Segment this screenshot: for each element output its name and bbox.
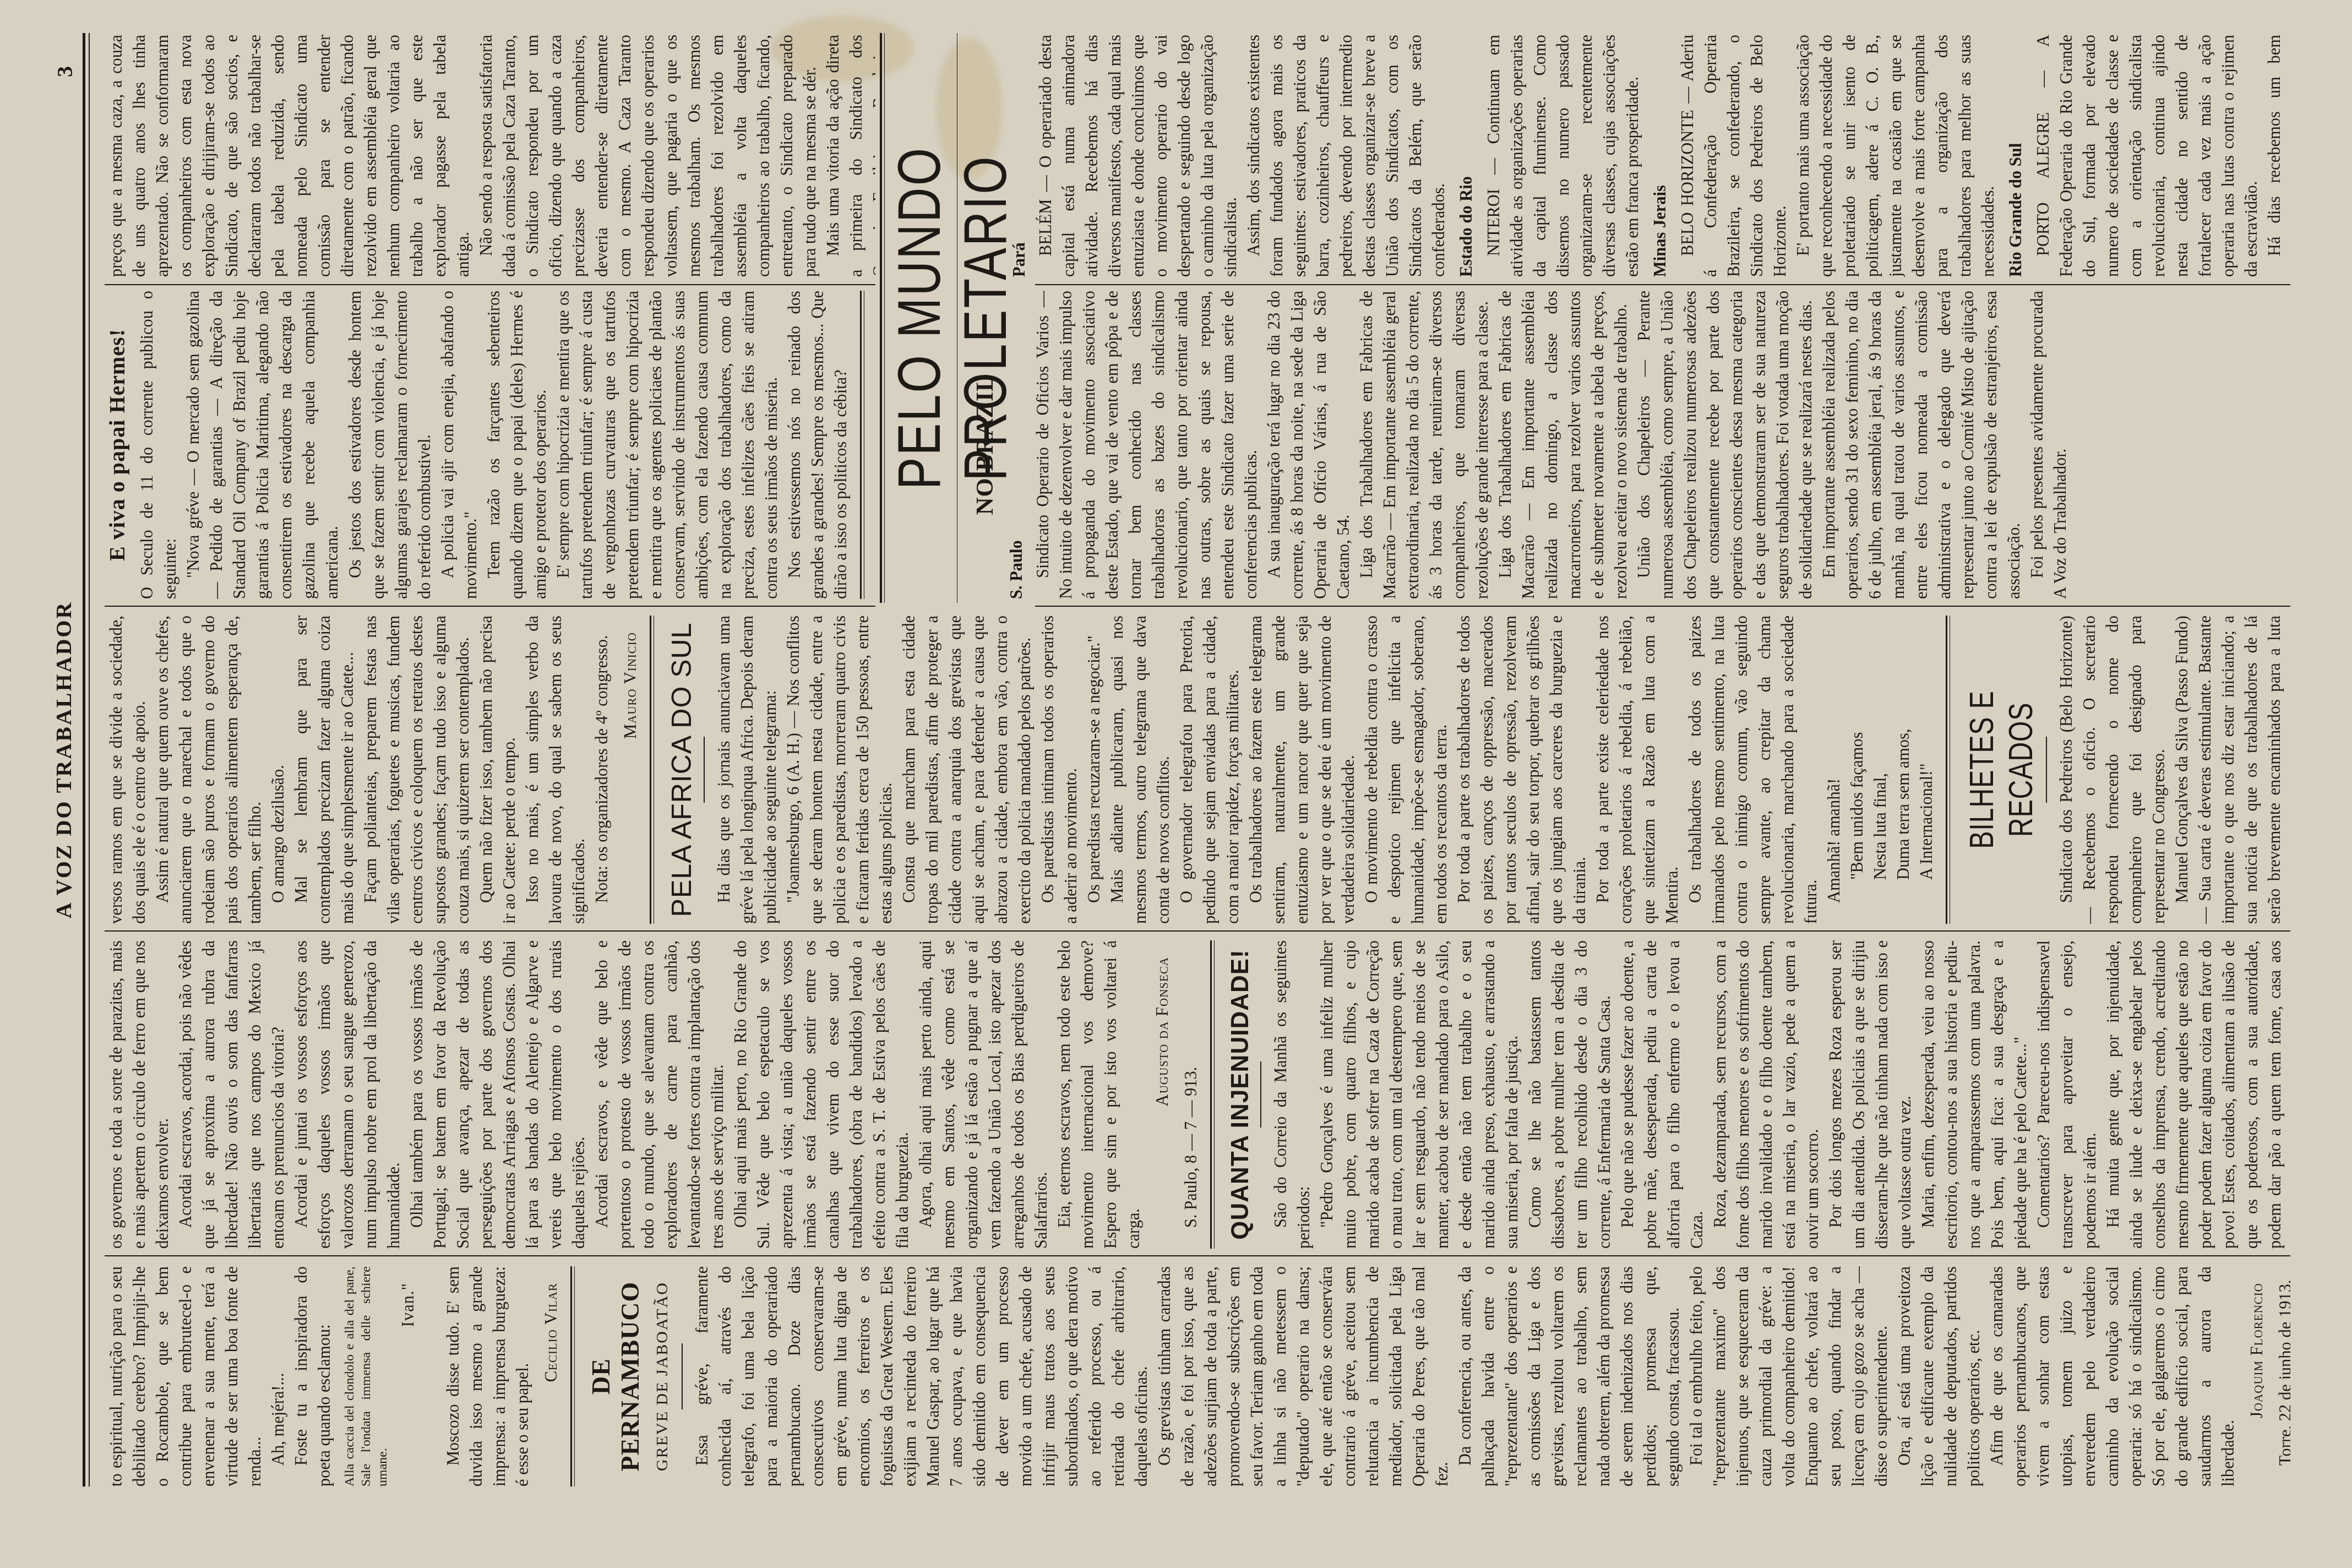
section-label-rio-grande-do-sul: Rio Grande do Sul [2004,35,2027,277]
dateline: Torre, 22 de junho de 1913. [2274,1266,2290,1487]
paragraph: Teem razão os farçantes sebenteiros quan… [482,291,552,599]
paragraph: Maria, enfim, dezesperada, veiu ao nosso… [1917,940,2032,1249]
paragraph: preços que a mesma caza, a couza de uns … [105,35,475,277]
masthead: A VOZ DO TRABALHADOR 3 [51,33,77,1487]
paragraph: Agora, olhai aqui mais perto ainda, aqui… [914,940,1053,1249]
paragraph: Mal se lembram que para ser contemplados… [290,616,359,924]
paragraph: Os trabalhadores de todos os paizes irma… [1684,616,1822,924]
paragraph: Liga dos Trabalhadores em Fabricas de Ma… [1355,291,1494,599]
column-1: to espiritual, nutrição para o seu debil… [105,1266,2290,1487]
divider [1260,1061,1261,1128]
paragraph: Comentarios? Pareceu-nos indispensavel t… [2032,940,2101,1249]
paragraph: Manuel Gonçalves da Silva (Passo Fundo) … [2170,616,2290,924]
paragraph: Eia, eternos escravos, nem todo este bel… [1053,940,1145,1249]
paragraph: BELÉM — O operariado desta capital está … [1034,35,1242,277]
section-label-minas-jerais: Minas Jerais [1648,35,1672,277]
paragraph: Pelo que não se pudesse fazer ao doente,… [1616,940,1708,1249]
divider [704,737,705,803]
paragraph: Não sendo a resposta satisfatoria dada á… [475,35,821,277]
paragraph: Moscozo disse tudo. E' sem duvida isso m… [442,1266,534,1487]
paragraph: Roza, dezamparada, sem recursos, com a f… [1708,940,1824,1249]
author-signature: Cecilio Vilar [540,1283,563,1487]
paragraph: Há muita gente que, por injenuidade, ain… [2101,940,2290,1249]
headline-de-pernambuco: DE PERNAMBUCO [587,1266,645,1487]
column-separator [105,930,2290,932]
paragraph: Há dias recebemos um bem elaborado manif… [2263,35,2290,277]
paragraph: Ora, aí está uma proveitoza lição e edif… [1893,1266,1985,1487]
paragraph: O amargo dezilusão. [266,616,290,924]
paragraph: "Pedro Gonçalves é uma infeliz mulher mu… [1315,940,1523,1249]
column-separator [105,606,875,607]
paragraph: São do Correio da Manhã os seguintes per… [1269,940,1315,1249]
banner-rule-bottom [957,33,957,603]
paragraph: Os paredistas intimam todos os operarios… [1036,616,1082,924]
paragraph: Os paredistas recuzaram-se a negociar." [1082,616,1106,924]
column-4-upper: E viva o papai Hermes! O Seculo de 11 do… [105,291,875,599]
paragraph: versos ramos em que se divide a sociedad… [105,616,151,924]
section-rule [860,291,864,599]
paragraph: NITEROI — Continuam em atividade as orga… [1482,35,1644,277]
verse-signature: Ivan." [396,1283,420,1487]
paragraph: O movimento de rebeldia contra o crasso … [1360,616,1452,924]
paragraph: Foi pelos presentes avidamente procurada… [2026,291,2072,599]
paragraph: Assim é natural que quem ouve os chefes,… [151,616,266,924]
column-2: os governos e toda a sorte de parazitas,… [105,940,2290,1249]
paragraph: Sindicato Operario de Oficios Varios — N… [1031,291,1262,599]
paragraph: O Seculo de 11 do corrente publicou o se… [135,291,182,599]
paragraph: "Joannesburgo, 6 (A. H.) — Nos conflitos… [782,616,897,924]
paragraph: Acordai escravos, acordai, pois não vêde… [174,940,290,1249]
paragraph: os governos e toda a sorte de parazitas,… [105,940,174,1249]
paragraph: Nota: os organizadores de 4º congresso. [590,616,613,924]
divider [2046,737,2047,803]
column-separator [105,1255,2290,1256]
paragraph: Foste tu a inspiradora do poeta quando e… [290,1266,336,1487]
paragraph: Nos estivessemos nós no reinado dos gran… [783,291,852,599]
verse-line: "Bem unidos façamos [1845,616,1869,880]
author-signature: Joaquim Florencio [2245,1283,2268,1487]
newspaper-page: A VOZ DO TRABALHADOR 3 to espiritual, nu… [0,0,2352,1568]
verse-block: "Bem unidos façamos Nesta luta final, Du… [1845,616,1938,924]
paragraph: Foi tal o embrulho feito, pelo "reprezen… [1685,1266,1893,1487]
paragraph: BELO HORIZONTE — Aderiu á Confederação O… [1676,35,1792,277]
author-signature: Augusto da Fonseca [1151,957,1174,1249]
paragraph: Liga dos Trabalhadores em Fabricas de Ma… [1494,291,1632,599]
banner-rule-top [880,33,885,603]
headline-pela-africa-do-sul: PELA AFRICA DO SUL [666,616,698,924]
section-label-estado-do-rio: Estado do Rio [1455,35,1478,277]
column-separator [1035,284,2290,285]
section-rule [650,616,654,924]
banner-pelo-mundo-proletario: PELO MUNDO PROLETARIO [886,90,952,546]
paragraph: União dos Chapeleiros — Perante numerosa… [1632,291,1817,599]
dateline: S. Paulo, 8 — 7 — 913. [1179,940,1202,1249]
paragraph: "Nova gréve — O mercado sem gazolina — P… [182,291,344,599]
paragraph: Acordai e juntai os vossos esforços aos … [290,940,405,1249]
paragraph: Essa gréve, faramente conhecida aí, atra… [690,1266,1153,1487]
paragraph: Por toda a parte existe celeriedade nos … [1591,616,1684,924]
paragraph: to espiritual, nutrição para o seu debil… [105,1266,266,1487]
verse-line: Nesta luta final, [1869,616,1892,880]
verse-quote: Alla caccia del clondolo e alla del pane… [341,1266,391,1487]
paragraph: Em importante assembléia realizada pelos… [1817,291,2026,599]
section-label-sao-paulo: S. Paulo [1005,291,1028,599]
paragraph: Façam polianteias, preparem festas nas v… [359,616,475,924]
paragraph: Afim de que os camaradas operarios perna… [1985,1266,2240,1487]
paragraph: Mais adiante publicaram, quasi nos mesmo… [1106,616,1175,924]
column-5-lower: Pará BELÉM — O operariado desta capital … [969,35,2290,277]
paragraph: Assim, dos sindicatos existentes foram f… [1242,35,1450,277]
paragraph: Sindicato dos Pedreiros (Belo Horizonte)… [2055,616,2170,924]
verse-line: Duma terra sem amos, [1892,616,1915,880]
paragraph: A policia vai ajir com enejia, abafando … [436,291,482,599]
page-number: 3 [52,66,78,77]
column-separator [105,284,875,285]
verse-line: A Internacional!" [1915,616,1938,880]
headline-e-viva-o-papai-hermes: E viva o papai Hermes! [105,291,130,599]
paragraph: Consta que marcham para esta cidade trop… [897,616,1036,924]
scanned-newspaper-frame: A VOZ DO TRABALHADOR 3 to espiritual, nu… [0,0,2352,1568]
paragraph: Da conferencia, ou antes, da palhaçada h… [1453,1266,1685,1487]
column-3: versos ramos em que se divide a sociedad… [105,616,2290,924]
paragraph: O governador telegrafou para Pretoria, p… [1175,616,1244,924]
paragraph: Amanhã! amanhã! [1822,616,1845,924]
paragraph: Ah, mejéra!... [266,1266,290,1487]
paragraph: E' portanto mais uma associação que reco… [1792,35,2000,277]
column-5-upper: preços que a mesma caza, a couza de uns … [105,35,875,277]
section-rule [1946,616,1950,924]
paragraph: PORTO ALEGRE — A Federação Operaria do R… [2032,35,2263,277]
paragraph: Acordai escravos, e vêde que belo e port… [590,940,729,1249]
author-signature: Mauro Vinicio [619,632,642,924]
paragraph: Quem não fizer isso, tambem não precisa … [475,616,521,924]
paragraph: Os trabalhadores ao fazem este telegrama… [1244,616,1360,924]
paragraph: Ha dias que os jornais anunciavam uma gr… [712,616,782,924]
paragraph: E' sempre com hipocrizia e mentira que o… [552,291,783,599]
paragraph: Os jestos dos estivadores desde hontem q… [344,291,436,599]
paragraph: A sua inauguração terá lugar no dia 23 d… [1262,291,1355,599]
paragraph: Olhai também para os vossos irmãos de Po… [405,940,590,1249]
paragraph: Por toda a parte os trabalhadores de tod… [1452,616,1591,924]
paragraph: Olhai aqui mais perto, no Rio Grande do … [729,940,914,1249]
headline-no-brazil: NO BRAZIL [971,291,999,599]
paragraph: Por dois longos mezes Roza esperou ser u… [1824,940,1917,1249]
paragraph: Isso no mais, é um simples verbo da lavo… [521,616,590,924]
divider [682,1343,683,1409]
paragraph: Os grevistas tinham carradas de razão, e… [1153,1266,1453,1487]
section-rule [570,1266,575,1487]
newspaper-title: A VOZ DO TRABALHADOR [51,33,77,1487]
column-separator [1035,606,2290,607]
subheadline: GREVE DE JABOATÃO [651,1266,674,1487]
column-4-lower: NO BRAZIL S. Paulo Sindicato Operario de… [969,291,2290,599]
section-rule [1210,940,1215,1249]
headline-quanta-injenuidade: QUANTA INJENUIDADE! [1227,940,1255,1249]
section-label-para: Pará [1008,35,1031,277]
headline-bilhetes-e-recados: BILHETES E RECADOS [1962,650,2041,890]
paragraph: Como se lhe não bastassem tantos dissabo… [1523,940,1616,1249]
paragraph: Mais uma vitoria da ação direta a primei… [821,35,875,277]
masthead-rule [83,33,90,1487]
